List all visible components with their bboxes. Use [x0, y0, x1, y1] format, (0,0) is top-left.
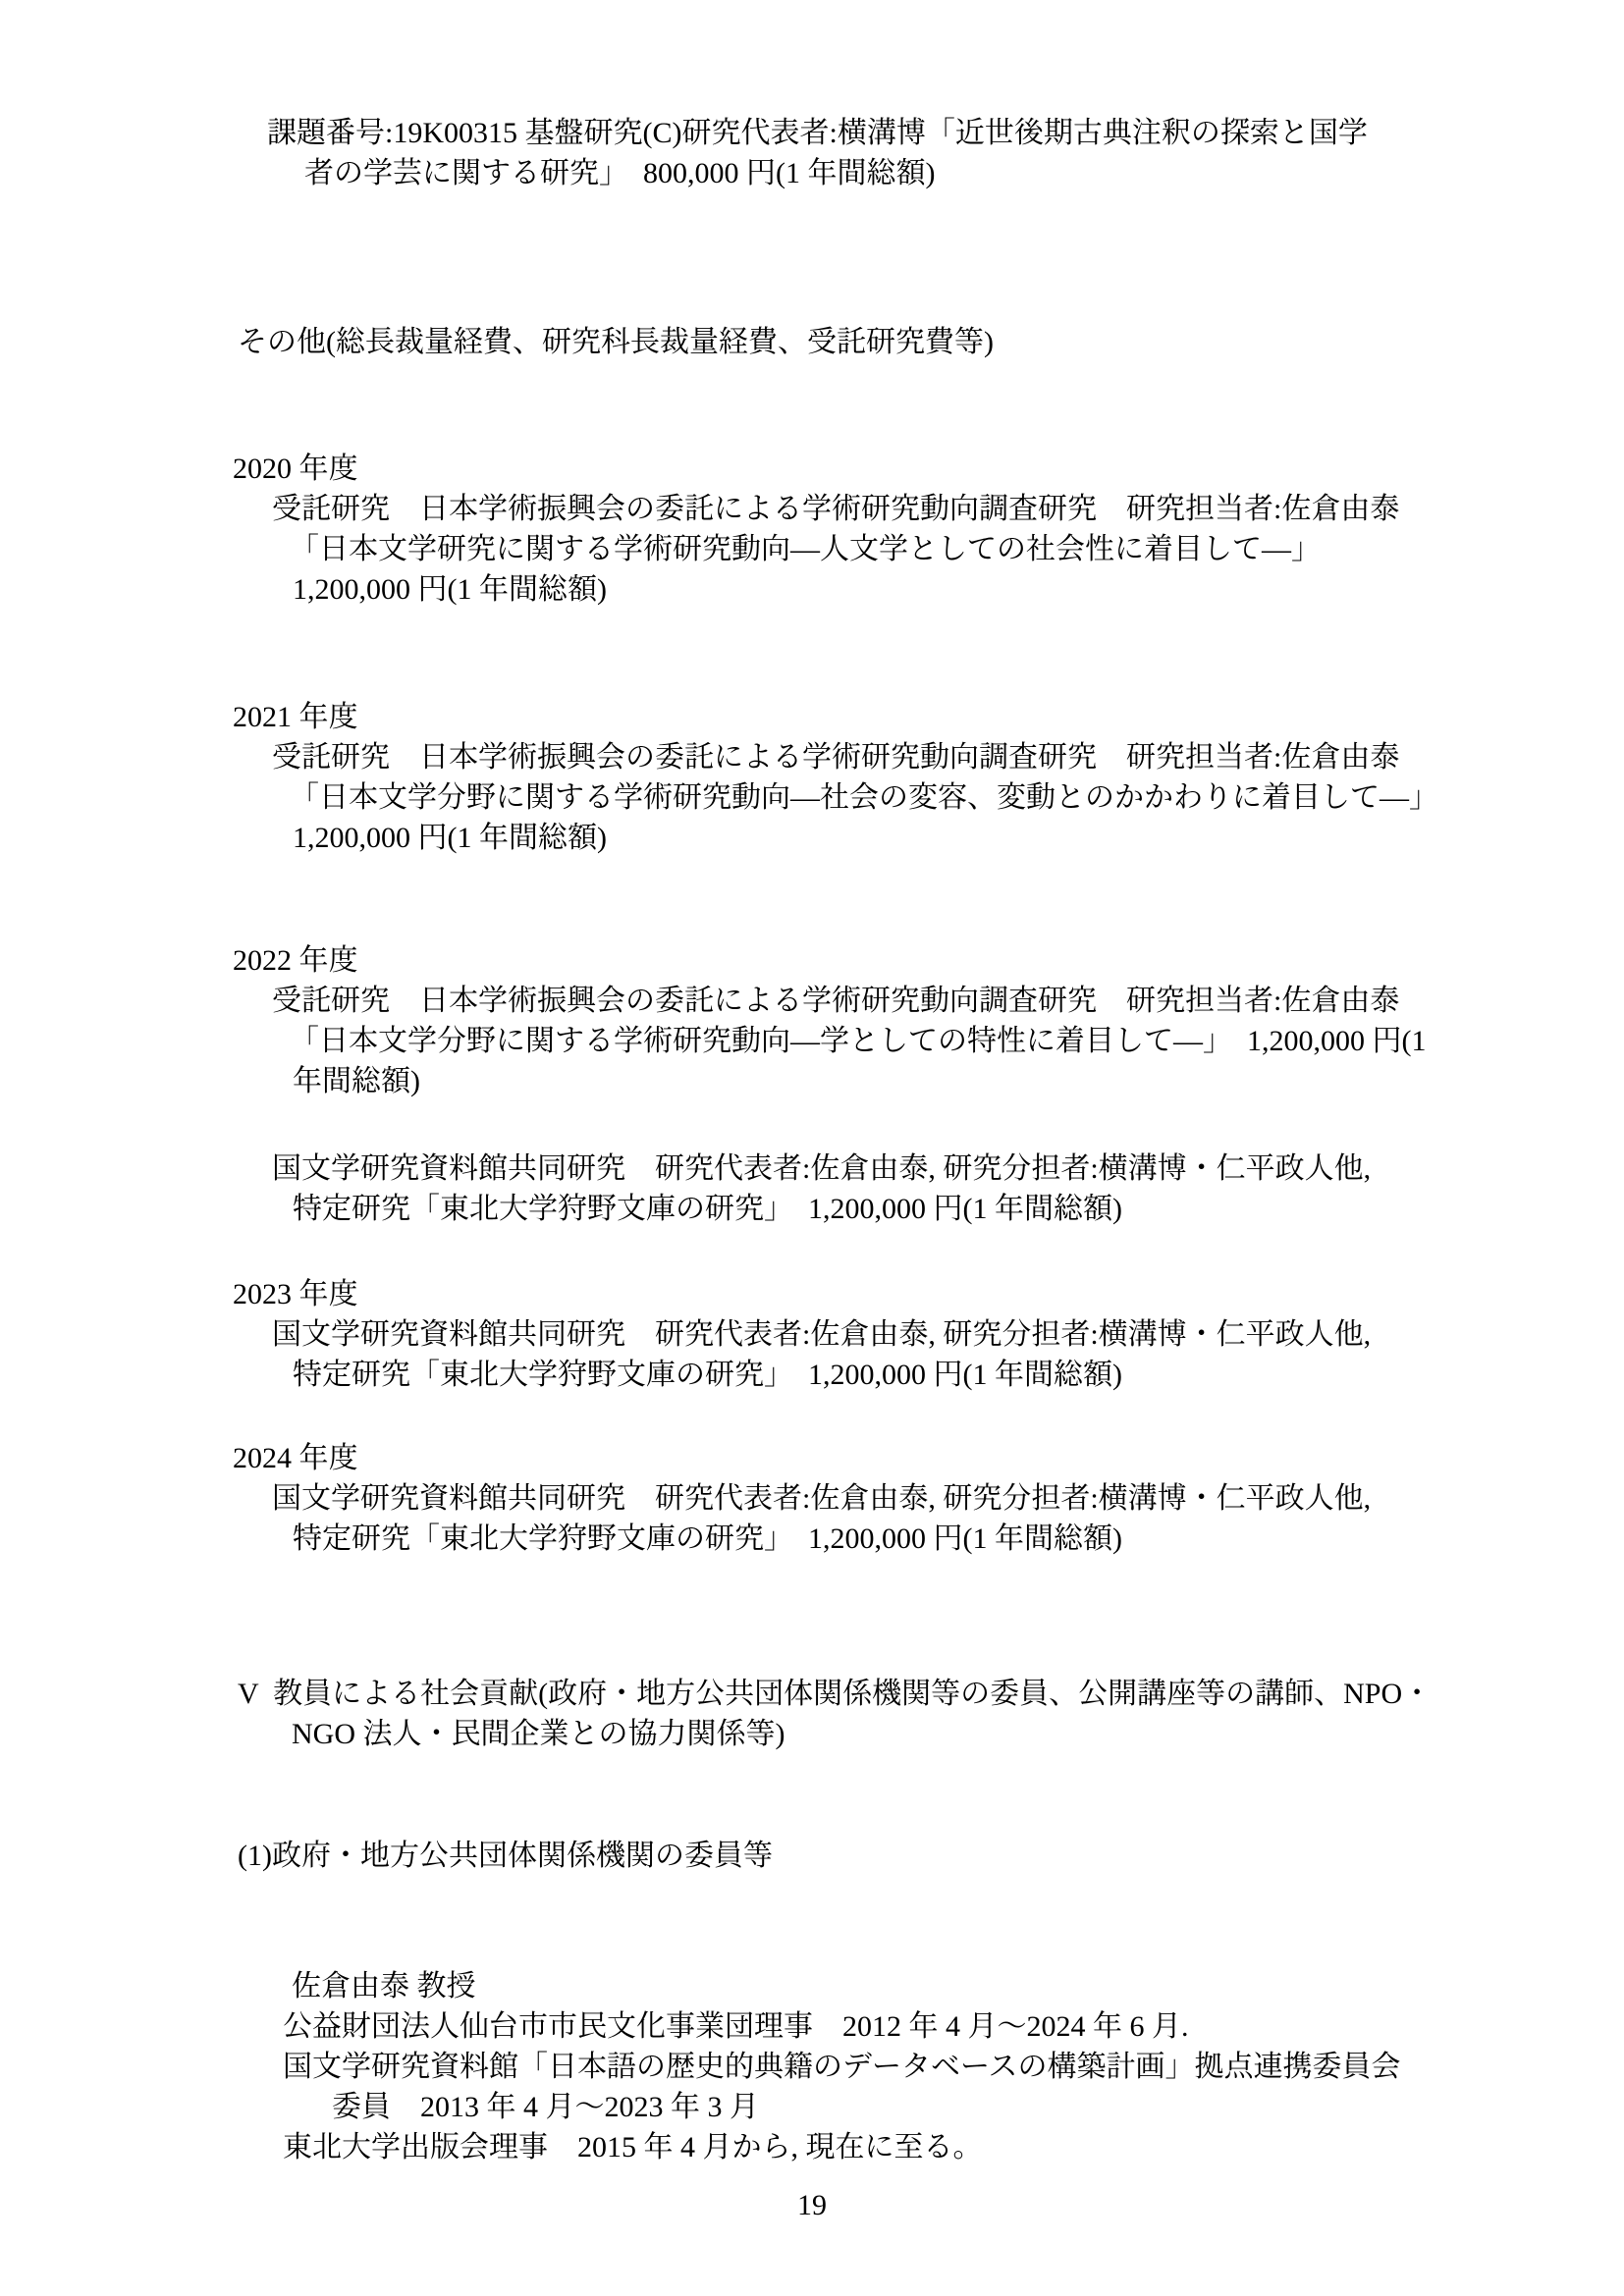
fy2020-block: 2020 年度 受託研究 日本学術振興会の委託による学術研究動向調査研究 研究担…: [233, 449, 1595, 610]
grant-line: 課題番号:19K00315 基盤研究(C)研究代表者:横溝博「近世後期古典注釈の…: [233, 113, 1595, 153]
page-number: 19: [0, 2185, 1624, 2225]
subsection-heading-line: (1)政府・地方公共団体関係機関の委員等: [233, 1836, 1595, 1876]
entry-line: 1,200,000 円(1 年間総額): [233, 818, 1595, 858]
entry-line: 受託研究 日本学術振興会の委託による学術研究動向調査研究 研究担当者:佐倉由泰: [233, 489, 1595, 529]
section-heading-line: NGO 法人・民間企業との協力関係等): [233, 1714, 1595, 1754]
entry-line: 受託研究 日本学術振興会の委託による学術研究動向調査研究 研究担当者:佐倉由泰: [233, 737, 1595, 777]
year-label: 2021 年度: [233, 697, 1595, 737]
year-label: 2022 年度: [233, 940, 1595, 981]
fy2024-block: 2024 年度 国文学研究資料館共同研究 研究代表者:佐倉由泰, 研究分担者:横…: [233, 1438, 1595, 1559]
fy2021-block: 2021 年度 受託研究 日本学術振興会の委託による学術研究動向調査研究 研究担…: [233, 697, 1595, 858]
committee-memberships: 佐倉由泰 教授 公益財団法人仙台市市民文化事業団理事 2012 年 4 月～20…: [233, 1966, 1595, 2167]
other-funds-heading: その他(総長裁量経費、研究科長裁量経費、受託研究費等): [233, 322, 1595, 362]
entry-line: 特定研究「東北大学狩野文庫の研究」 1,200,000 円(1 年間総額): [233, 1189, 1595, 1229]
section-heading-line: V 教員による社会貢献(政府・地方公共団体関係機関等の委員、公開講座等の講師、N…: [233, 1674, 1595, 1714]
entry-line: 「日本文学分野に関する学術研究動向―学としての特性に着目して―」 1,200,0…: [233, 1021, 1595, 1061]
grant-line: 者の学芸に関する研究」 800,000 円(1 年間総額): [233, 153, 1595, 193]
entry-line: 特定研究「東北大学狩野文庫の研究」 1,200,000 円(1 年間総額): [233, 1355, 1595, 1395]
entry-line: 「日本文学分野に関する学術研究動向―社会の変容、変動とのかかわりに着目して―」: [233, 777, 1595, 818]
fy2023-block: 2023 年度 国文学研究資料館共同研究 研究代表者:佐倉由泰, 研究分担者:横…: [233, 1274, 1595, 1395]
fy2022-kokubunken-entry: 国文学研究資料館共同研究 研究代表者:佐倉由泰, 研究分担者:横溝博・仁平政人他…: [233, 1148, 1595, 1229]
year-label: 2023 年度: [233, 1274, 1595, 1314]
entry-line: 1,200,000 円(1 年間総額): [233, 569, 1595, 610]
entry-line: 受託研究 日本学術振興会の委託による学術研究動向調査研究 研究担当者:佐倉由泰: [233, 981, 1595, 1021]
entry-line: 年間総額): [233, 1061, 1595, 1101]
fy2022-block: 2022 年度 受託研究 日本学術振興会の委託による学術研究動向調査研究 研究担…: [233, 940, 1595, 1101]
member-name: 佐倉由泰 教授: [233, 1966, 1595, 2006]
section-v-heading: V 教員による社会貢献(政府・地方公共団体関係機関等の委員、公開講座等の講師、N…: [233, 1674, 1595, 1754]
subsection-1-heading: (1)政府・地方公共団体関係機関の委員等: [233, 1836, 1595, 1876]
grant-continuation-paragraph: 課題番号:19K00315 基盤研究(C)研究代表者:横溝博「近世後期古典注釈の…: [233, 113, 1595, 193]
membership-line: 国文学研究資料館「日本語の歴史的典籍のデータベースの構築計画」拠点連携委員会: [233, 2047, 1595, 2087]
entry-line: 国文学研究資料館共同研究 研究代表者:佐倉由泰, 研究分担者:横溝博・仁平政人他…: [233, 1148, 1595, 1189]
heading-line: その他(総長裁量経費、研究科長裁量経費、受託研究費等): [233, 322, 1595, 362]
year-label: 2020 年度: [233, 449, 1595, 489]
entry-line: 「日本文学研究に関する学術研究動向―人文学としての社会性に着目して―」: [233, 529, 1595, 569]
membership-line: 公益財団法人仙台市市民文化事業団理事 2012 年 4 月～2024 年 6 月…: [233, 2006, 1595, 2047]
year-label: 2024 年度: [233, 1438, 1595, 1478]
entry-line: 国文学研究資料館共同研究 研究代表者:佐倉由泰, 研究分担者:横溝博・仁平政人他…: [233, 1314, 1595, 1355]
membership-line: 東北大学出版会理事 2015 年 4 月から, 現在に至る。: [233, 2127, 1595, 2167]
entry-line: 国文学研究資料館共同研究 研究代表者:佐倉由泰, 研究分担者:横溝博・仁平政人他…: [233, 1478, 1595, 1519]
document-page: 課題番号:19K00315 基盤研究(C)研究代表者:横溝博「近世後期古典注釈の…: [0, 0, 1624, 2296]
entry-line: 特定研究「東北大学狩野文庫の研究」 1,200,000 円(1 年間総額): [233, 1519, 1595, 1559]
membership-line: 委員 2013 年 4 月～2023 年 3 月: [233, 2087, 1595, 2127]
